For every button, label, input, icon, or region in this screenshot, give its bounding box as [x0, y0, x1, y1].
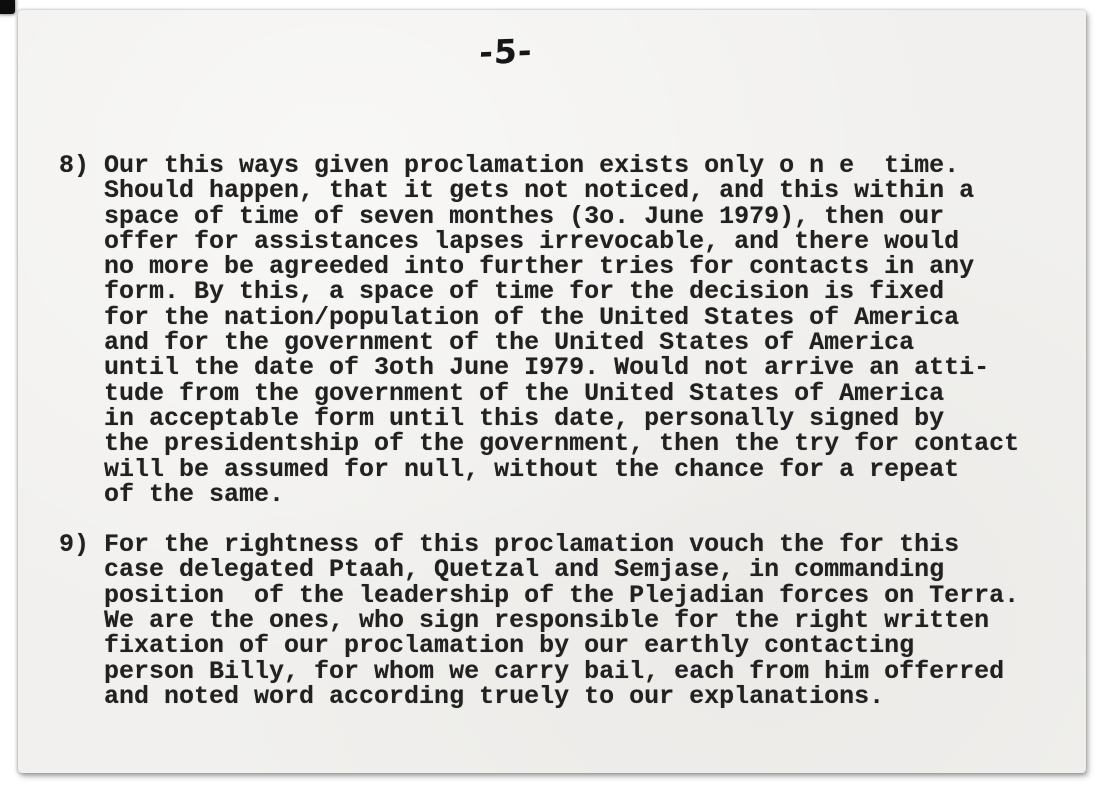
- paper-sheet: -5- 8) Our this ways given proclamation …: [18, 10, 1086, 773]
- paragraph-9: 9) For the rightness of this proclamatio…: [59, 532, 1049, 709]
- page-number: -5-: [455, 30, 556, 73]
- scanned-document-page: -5- 8) Our this ways given proclamation …: [0, 0, 1100, 790]
- document-body: 8) Our this ways given proclamation exis…: [59, 153, 1049, 709]
- scan-corner-artifact: [0, 0, 15, 14]
- paragraph-8: 8) Our this ways given proclamation exis…: [59, 153, 1049, 507]
